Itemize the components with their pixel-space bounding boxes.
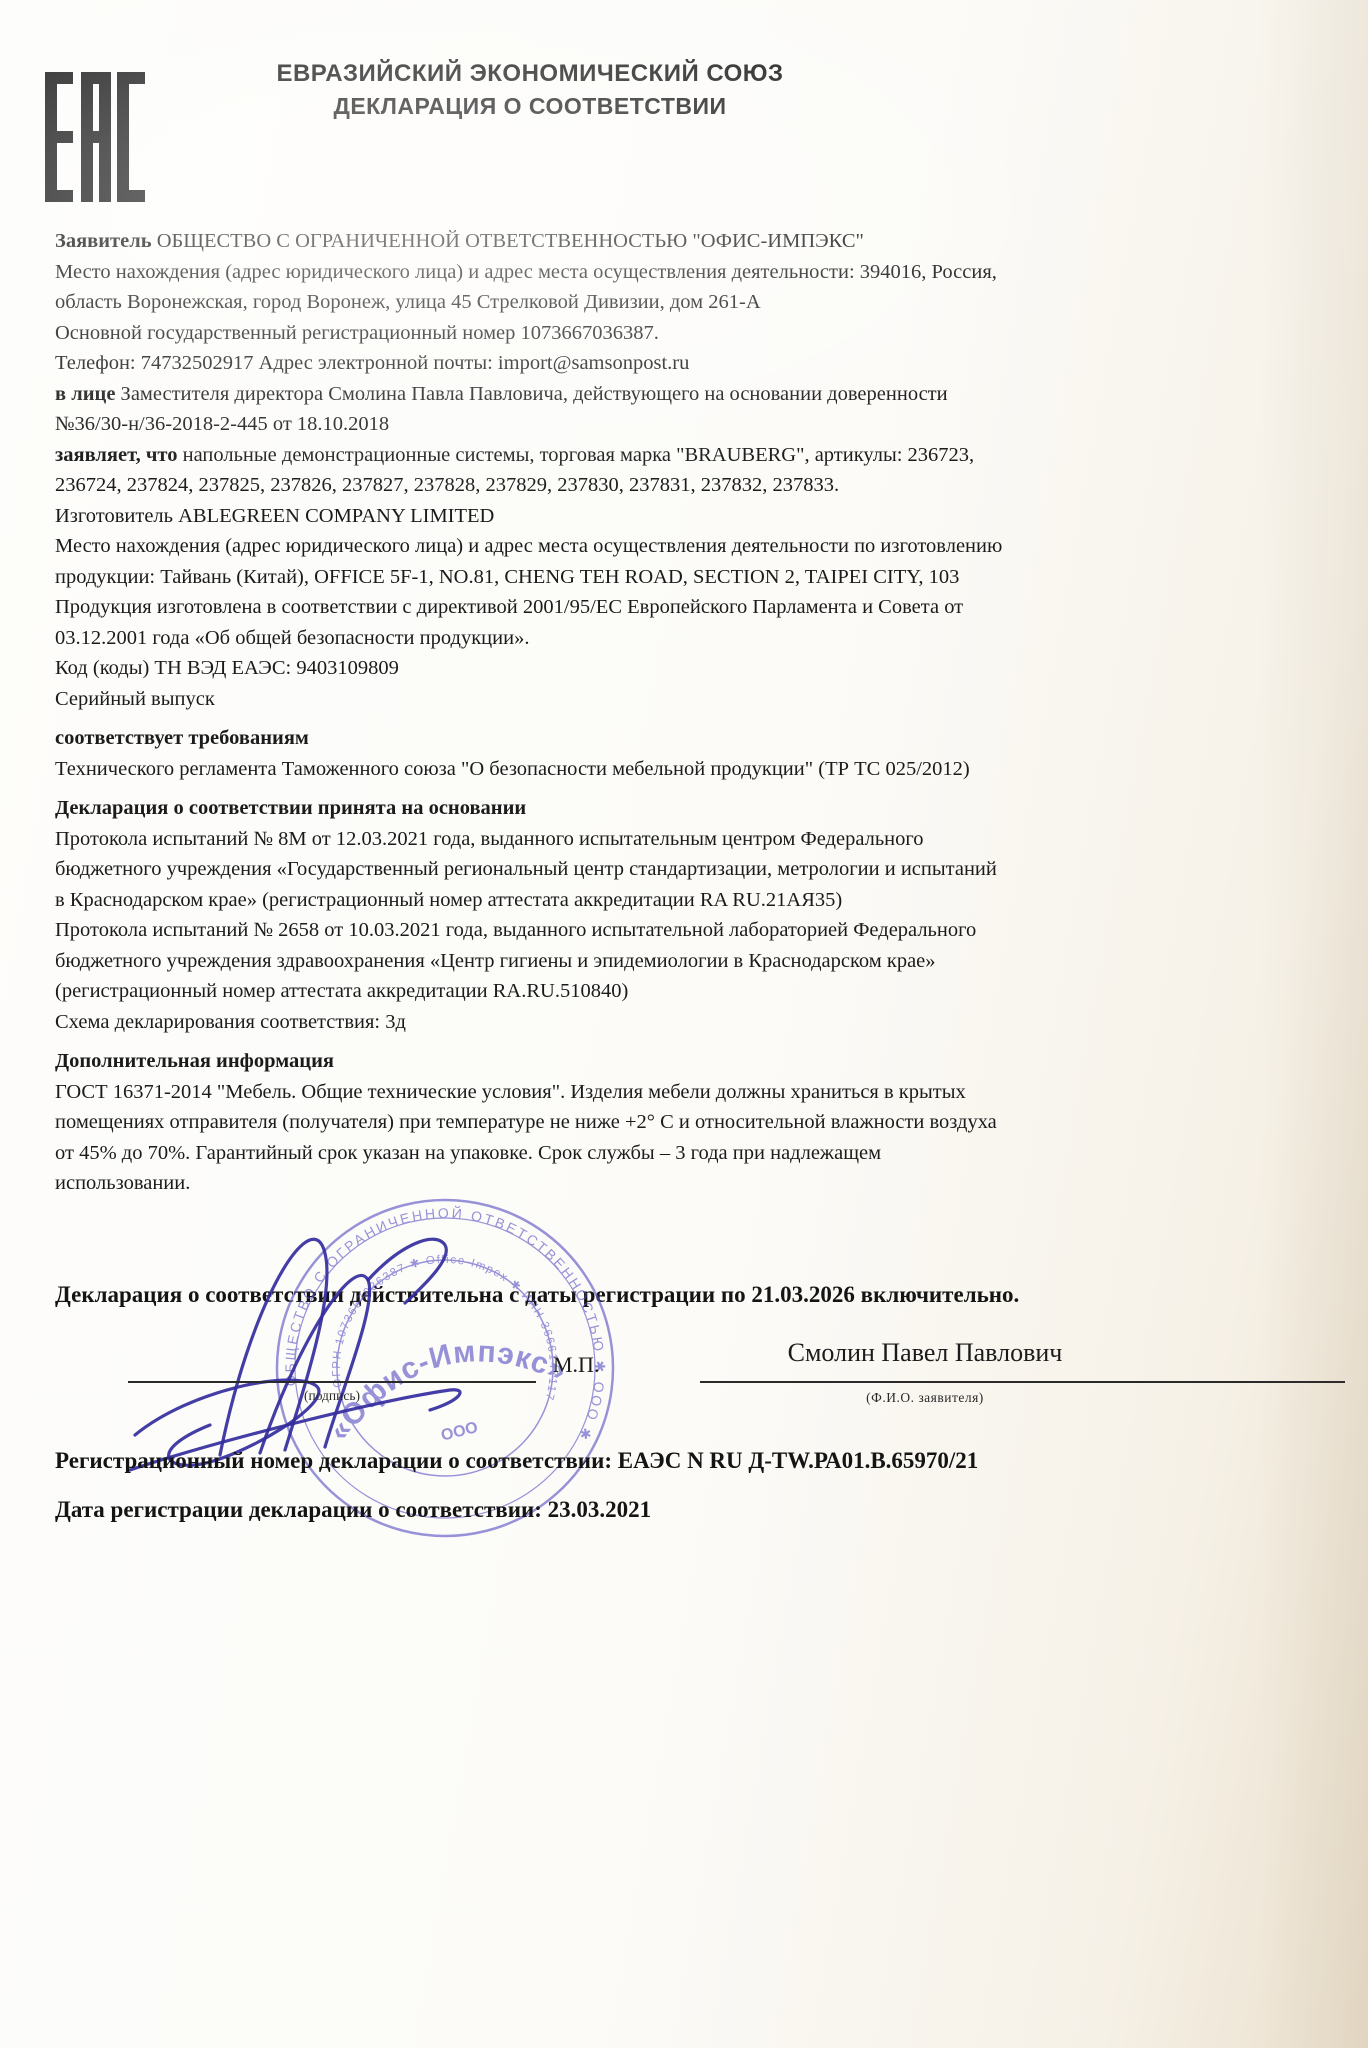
signature-line	[128, 1381, 536, 1383]
text-line: в лице Заместителя директора Смолина Пав…	[55, 379, 1055, 410]
text-line: Место нахождения (адрес юридического лиц…	[55, 531, 1055, 562]
text-line: №36/30-н/36-2018-2-445 от 18.10.2018	[55, 409, 1055, 440]
text-line: Протокола испытаний № 2658 от 10.03.2021…	[55, 915, 1055, 946]
registration-number-label: Регистрационный номер декларации о соотв…	[55, 1448, 618, 1473]
text-line: Протокола испытаний № 8М от 12.03.2021 г…	[55, 824, 1055, 855]
applicant-name-line	[700, 1381, 1345, 1383]
text-line: помещениях отправителя (получателя) при …	[55, 1107, 1055, 1138]
text-line: соответствует требованиям	[55, 723, 1055, 754]
title-declaration: ДЕКЛАРАЦИЯ О СООТВЕТСТВИИ	[60, 93, 1000, 120]
paragraph: Декларация о соответствии принята на осн…	[55, 793, 1055, 1037]
text-line: 03.12.2001 года «Об общей безопасности п…	[55, 623, 1055, 654]
text-line: Телефон: 74732502917 Адрес электронной п…	[55, 348, 1055, 379]
text-line: продукции: Тайвань (Китай), OFFICE 5F-1,…	[55, 562, 1055, 593]
text-line: Дополнительная информация	[55, 1046, 1055, 1077]
text-line: Заявитель ОБЩЕСТВО С ОГРАНИЧЕННОЙ ОТВЕТС…	[55, 226, 1055, 257]
declaration-body: Заявитель ОБЩЕСТВО С ОГРАНИЧЕННОЙ ОТВЕТС…	[55, 226, 1055, 1208]
applicant-name: Смолин Павел Павлович	[740, 1338, 1110, 1368]
registration-date-label: Дата регистрации декларации о соответств…	[55, 1497, 548, 1522]
paragraph: соответствует требованиямТехнического ре…	[55, 723, 1055, 784]
text-line: (регистрационный номер аттестата аккреди…	[55, 976, 1055, 1007]
text-line: Код (коды) ТН ВЭД ЕАЭС: 9403109809	[55, 653, 1055, 684]
document-page: ЕВРАЗИЙСКИЙ ЭКОНОМИЧЕСКИЙ СОЮЗ ДЕКЛАРАЦИ…	[0, 0, 1368, 2048]
text-line: бюджетного учреждения здравоохранения «Ц…	[55, 946, 1055, 977]
applicant-name-caption: (Ф.И.О. заявителя)	[740, 1390, 1110, 1406]
paragraph: Заявитель ОБЩЕСТВО С ОГРАНИЧЕННОЙ ОТВЕТС…	[55, 226, 1055, 714]
text-line: ГОСТ 16371-2014 "Мебель. Общие техническ…	[55, 1077, 1055, 1108]
signature-caption: (подпись)	[128, 1388, 536, 1404]
text-line: область Воронежская, город Воронеж, улиц…	[55, 287, 1055, 318]
registration-number-line: Регистрационный номер декларации о соотв…	[55, 1448, 978, 1474]
title-union: ЕВРАЗИЙСКИЙ ЭКОНОМИЧЕСКИЙ СОЮЗ	[60, 60, 1000, 88]
text-line: Схема декларирования соответствия: 3д	[55, 1007, 1055, 1038]
text-line: Место нахождения (адрес юридического лиц…	[55, 257, 1055, 288]
text-line: заявляет, что напольные демонстрационные…	[55, 440, 1055, 471]
text-line: Основной государственный регистрационный…	[55, 318, 1055, 349]
registration-date-value: 23.03.2021	[548, 1497, 652, 1522]
text-line: Серийный выпуск	[55, 684, 1055, 715]
registration-number-value: ЕАЭС N RU Д-TW.РА01.В.65970/21	[618, 1448, 979, 1473]
text-line: бюджетного учреждения «Государственный р…	[55, 854, 1055, 885]
document-title: ЕВРАЗИЙСКИЙ ЭКОНОМИЧЕСКИЙ СОЮЗ ДЕКЛАРАЦИ…	[60, 60, 1000, 120]
text-line: в Краснодарском крае» (регистрационный н…	[55, 885, 1055, 916]
text-line: Продукция изготовлена в соответствии с д…	[55, 592, 1055, 623]
text-line: Декларация о соответствии принята на осн…	[55, 793, 1055, 824]
text-line: Изготовитель ABLEGREEN COMPANY LIMITED	[55, 501, 1055, 532]
text-line: Технического регламента Таможенного союз…	[55, 754, 1055, 785]
stamp-place-label: М.П.	[553, 1352, 599, 1378]
registration-date-line: Дата регистрации декларации о соответств…	[55, 1497, 651, 1523]
text-line: 236724, 237824, 237825, 237826, 237827, …	[55, 470, 1055, 501]
